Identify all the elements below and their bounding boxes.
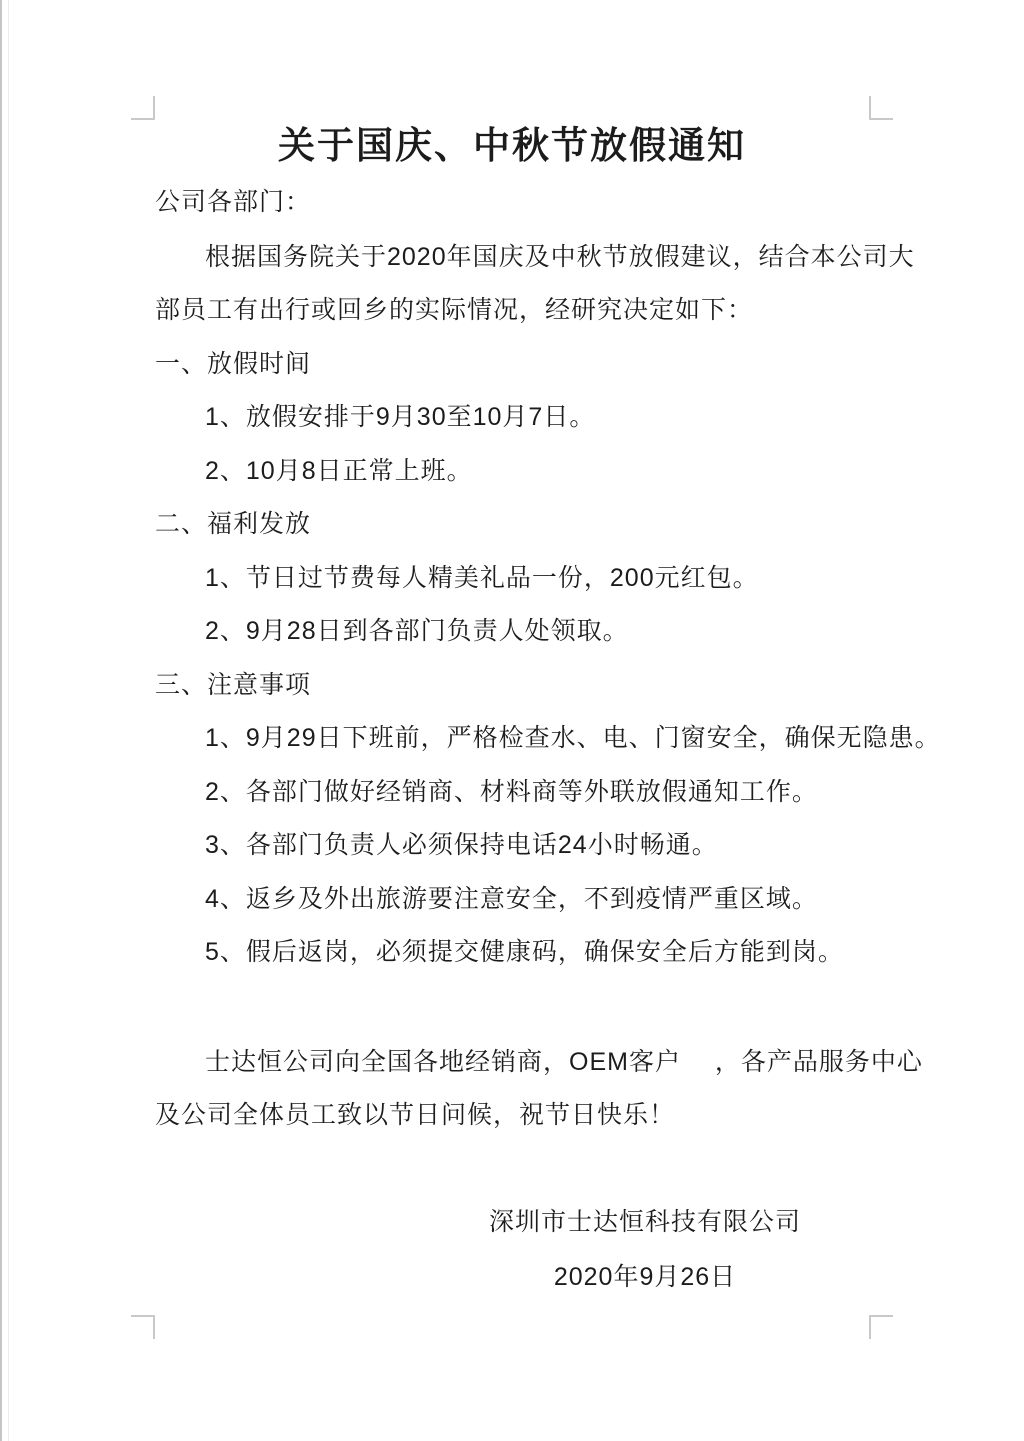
signature-date: 2020年9月26日	[275, 1263, 1015, 1292]
page-left-edge-inner	[8, 0, 9, 1441]
closing-line-1: 士达恒公司向全国各地经销商，OEM客户 ，各产品服务中心	[205, 1048, 923, 1077]
section-heading-1: 一、放假时间	[155, 350, 311, 379]
list-item: 2、9月28日到各部门负责人处领取。	[205, 617, 629, 646]
list-item: 1、节日过节费每人精美礼品一份，200元红包。	[205, 564, 759, 593]
crop-mark-top-right	[869, 96, 893, 120]
list-item: 1、9月29日下班前，严格检查水、电、门窗安全，确保无隐患。	[205, 724, 941, 753]
list-item: 4、返乡及外出旅游要注意安全，不到疫情严重区域。	[205, 885, 818, 914]
list-item: 3、各部门负责人必须保持电话24小时畅通。	[205, 831, 718, 860]
salutation: 公司各部门：	[155, 188, 311, 217]
section-heading-2: 二、福利发放	[155, 510, 311, 539]
crop-mark-bottom-left	[131, 1315, 155, 1339]
document-title: 关于国庆、中秋节放假通知	[0, 126, 1024, 167]
intro-line-1: 根据国务院关于2020年国庆及中秋节放假建议，结合本公司大	[205, 243, 915, 272]
signature-company: 深圳市士达恒科技有限公司	[275, 1208, 1015, 1237]
page-left-edge	[0, 0, 2, 1441]
list-item: 1、放假安排于9月30至10月7日。	[205, 403, 595, 432]
closing-line-2: 及公司全体员工致以节日问候，祝节日快乐！	[155, 1101, 675, 1130]
list-item: 2、各部门做好经销商、材料商等外联放假通知工作。	[205, 778, 818, 807]
crop-mark-bottom-right	[869, 1315, 893, 1339]
list-item: 2、10月8日正常上班。	[205, 457, 473, 486]
crop-mark-top-left	[131, 96, 155, 120]
section-heading-3: 三、注意事项	[155, 671, 311, 700]
list-item: 5、假后返岗，必须提交健康码，确保安全后方能到岗。	[205, 938, 844, 967]
intro-line-2: 部员工有出行或回乡的实际情况，经研究决定如下：	[155, 296, 753, 325]
document-page: { "document": { "title": "关于国庆、中秋节放假通知",…	[0, 0, 1024, 1441]
